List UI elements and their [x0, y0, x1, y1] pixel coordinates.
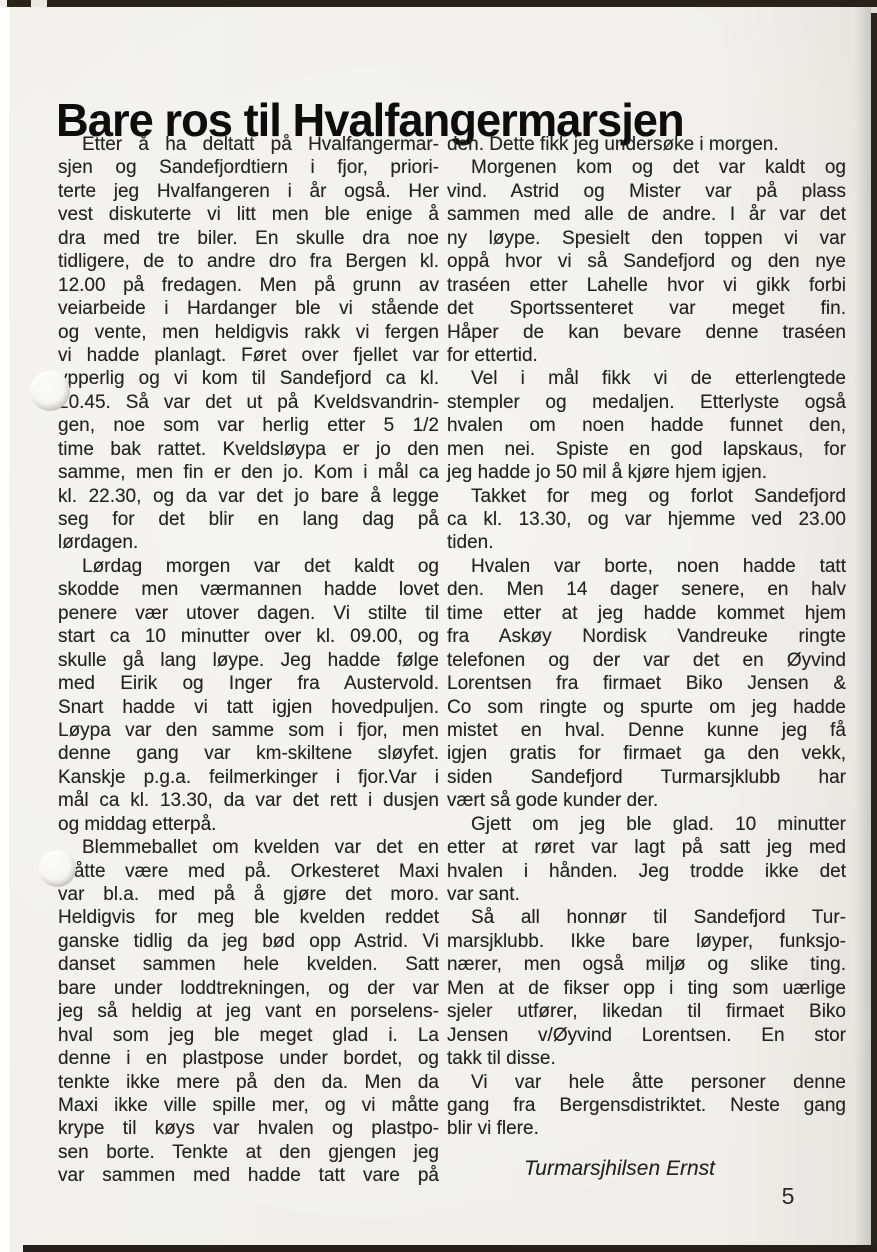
- text-line: Løypa var den samme som i fjor, men: [58, 719, 439, 742]
- text-line: og vente, men heldigvis rakk vi fergen: [58, 321, 439, 344]
- page-number: 5: [770, 1183, 806, 1210]
- text-line: gang fra Bergensdistriktet. Neste gang: [447, 1094, 846, 1117]
- text-line: den. Men 14 dager senere, en halv: [447, 578, 846, 601]
- text-line: skodde men værmannen hadde lovet: [58, 578, 439, 601]
- text-line: ny løype. Spesielt den toppen vi var: [447, 227, 846, 250]
- text-line: marsjklubb. Ikke bare løyper, funksjo-: [447, 930, 846, 953]
- text-line: måtte være med på. Orkesteret Maxi: [58, 860, 439, 883]
- text-line: igjen gratis for firmaet ga den vekk,: [447, 742, 846, 765]
- text-line: Vi var hele åtte personer denne: [447, 1071, 846, 1094]
- text-line: takk til disse.: [447, 1047, 846, 1070]
- text-line: ca kl. 13.30, og var hjemme ved 23.00: [447, 508, 846, 531]
- text-line: Takket for meg og forlot Sandefjord: [447, 485, 846, 508]
- text-line: sjen og Sandefjordtiern i fjor, priori-: [58, 156, 439, 179]
- text-line: og middag etterpå.: [58, 813, 439, 836]
- text-line: kl. 22.30, og da var det jo bare å legge: [58, 485, 439, 508]
- text-line: Lorentsen fra firmaet Biko Jensen &: [447, 672, 846, 695]
- text-line: fra Askøy Nordisk Vandreuke ringte: [447, 625, 846, 648]
- scan-gutter-shadow: [855, 0, 871, 1252]
- text-line: var sant.: [447, 883, 846, 906]
- text-line: den. Dette fikk jeg undersøke i morgen.: [447, 133, 846, 156]
- text-line: siden Sandefjord Turmarsjklubb har: [447, 766, 846, 789]
- text-line: blir vi flere.: [447, 1117, 846, 1140]
- text-line: vest diskuterte vi litt men ble enige å: [58, 203, 439, 226]
- text-line: sammen med alle de andre. I år var det: [447, 203, 846, 226]
- text-line: terte jeg Hvalfangeren i år også. Her: [58, 180, 439, 203]
- text-line: telefonen og der var det en Øyvind: [447, 649, 846, 672]
- text-line: Gjett om jeg ble glad. 10 minutter: [447, 813, 846, 836]
- text-line: Heldigvis for meg ble kvelden reddet: [58, 906, 439, 929]
- text-line: Hvalen var borte, noen hadde tatt: [447, 555, 846, 578]
- text-line: tidligere, de to andre dro fra Bergen kl…: [58, 250, 439, 273]
- text-line: oppå hvor vi så Sandefjord og den nye: [447, 250, 846, 273]
- scan-edge-bottom: [23, 1245, 877, 1252]
- article-column-right: den. Dette fikk jeg undersøke i morgen.M…: [447, 133, 846, 1141]
- text-line: veiarbeide i Hardanger ble vi stående: [58, 297, 439, 320]
- text-line: etter at røret var lagt på satt jeg med: [447, 836, 846, 859]
- text-line: dra med tre biler. En skulle dra noe: [58, 227, 439, 250]
- text-line: lørdagen.: [58, 531, 439, 554]
- text-line: 12.00 på fredagen. Men på grunn av: [58, 274, 439, 297]
- article-signature: Turmarsjhilsen Ernst: [447, 1157, 792, 1181]
- text-line: Så all honnør til Sandefjord Tur-: [447, 906, 846, 929]
- text-line: Jensen v/Øyvind Lorentsen. En stor: [447, 1024, 846, 1047]
- text-line: Etter å ha deltatt på Hvalfangermar-: [58, 133, 439, 156]
- text-line: hvalen om noen hadde funnet den,: [447, 414, 846, 437]
- hole-punch-bottom: [39, 850, 76, 887]
- text-line: danset sammen hele kvelden. Satt: [58, 953, 439, 976]
- scan-edge-top: [0, 0, 877, 7]
- text-line: Co som ringte og spurte om jeg hadde: [447, 696, 846, 719]
- text-line: for ettertid.: [447, 344, 846, 367]
- text-line: jeg hadde jo 50 mil å kjøre hjem igjen.: [447, 461, 846, 484]
- text-line: penere vær utover dagen. Vi stilte til: [58, 602, 439, 625]
- text-line: mistet en hval. Denne kunne jeg få: [447, 719, 846, 742]
- text-line: stempler og medaljen. Etterlyste også: [447, 391, 846, 414]
- text-line: hval som jeg ble meget glad i. La: [58, 1024, 439, 1047]
- text-line: denne i en plastpose under bordet, og: [58, 1047, 439, 1070]
- scan-edge-right: [871, 13, 877, 1252]
- scanned-page: Bare ros til Hvalfangermarsjen Etter å h…: [0, 0, 877, 1252]
- text-line: men nei. Spiste en god lapskaus, for: [447, 438, 846, 461]
- hole-punch-top: [30, 371, 70, 411]
- text-line: Blemmeballet om kvelden var det en: [58, 836, 439, 859]
- text-line: bare under loddtrekningen, og der var: [58, 977, 439, 1000]
- text-line: tiden.: [447, 531, 846, 554]
- text-line: sjeler utfører, likedan til firmaet Biko: [447, 1000, 846, 1023]
- text-line: hvalen i hånden. Jeg trodde ikke det: [447, 860, 846, 883]
- text-line: time bak rattet. Kveldsløypa er jo den: [58, 438, 439, 461]
- text-line: mål ca kl. 13.30, da var det rett i dusj…: [58, 789, 439, 812]
- text-line: samme, men fin er den jo. Kom i mål ca: [58, 461, 439, 484]
- text-line: det Sportssenteret var meget fin.: [447, 297, 846, 320]
- text-line: med Eirik og Inger fra Austervold.: [58, 672, 439, 695]
- text-line: ganske tidlig da jeg bød opp Astrid. Vi: [58, 930, 439, 953]
- text-line: vind. Astrid og Mister var på plass: [447, 180, 846, 203]
- text-line: Håper de kan bevare denne traséen: [447, 321, 846, 344]
- text-line: Vel i mål fikk vi de etterlengtede: [447, 367, 846, 390]
- text-line: denne gang var km-skiltene sløyfet.: [58, 742, 439, 765]
- text-line: gen, noe som var herlig etter 5 1/2: [58, 414, 439, 437]
- text-line: var sammen med hadde tatt vare på: [58, 1164, 439, 1187]
- text-line: sen borte. Tenkte at den gjengen jeg: [58, 1141, 439, 1164]
- text-line: traséen etter Lahelle hvor vi gikk forbi: [447, 274, 846, 297]
- text-line: Lørdag morgen var det kaldt og: [58, 555, 439, 578]
- text-line: Men at de fikser opp i ting som uærlige: [447, 977, 846, 1000]
- text-line: nærer, men også miljø og slike ting.: [447, 953, 846, 976]
- text-line: krype til køys var hvalen og plastpo-: [58, 1117, 439, 1140]
- text-line: Kanskje p.g.a. feilmerkinger i fjor.Var …: [58, 766, 439, 789]
- text-line: time etter at jeg hadde kommet hjem: [447, 602, 846, 625]
- text-line: start ca 10 minutter over kl. 09.00, og: [58, 625, 439, 648]
- article-column-left: Etter å ha deltatt på Hvalfangermar-sjen…: [58, 133, 439, 1188]
- text-line: ypperlig og vi kom til Sandefjord ca kl.: [58, 367, 439, 390]
- text-line: tenkte ikke mere på den da. Men da: [58, 1071, 439, 1094]
- text-line: var bl.a. med på å gjøre det moro.: [58, 883, 439, 906]
- text-line: vært så gode kunder der.: [447, 789, 846, 812]
- text-line: skulle gå lang løype. Jeg hadde følge: [58, 649, 439, 672]
- text-line: 20.45. Så var det ut på Kveldsvandrin-: [58, 391, 439, 414]
- text-line: Morgenen kom og det var kaldt og: [447, 156, 846, 179]
- text-line: Snart hadde vi tatt igjen hovedpuljen.: [58, 696, 439, 719]
- text-line: vi hadde planlagt. Føret over fjellet va…: [58, 344, 439, 367]
- text-line: jeg så heldig at jeg vant en porselens-: [58, 1000, 439, 1023]
- text-line: Maxi ikke ville spille mer, og vi måtte: [58, 1094, 439, 1117]
- text-line: seg for det blir en lang dag på: [58, 508, 439, 531]
